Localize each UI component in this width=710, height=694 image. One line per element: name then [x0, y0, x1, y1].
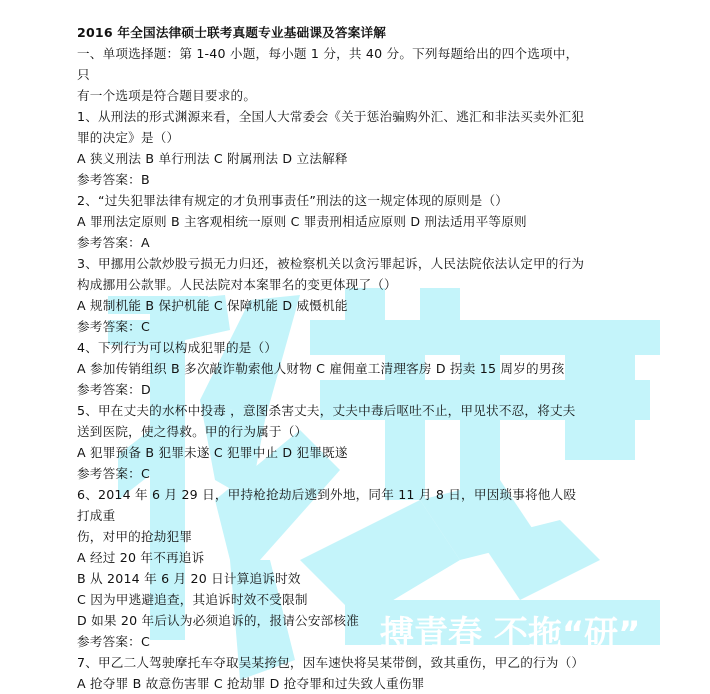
question-3: 3、甲挪用公款炒股亏损无力归还，被检察机关以贪污罪起诉，人民法院依法认定甲的行为	[77, 253, 677, 274]
option-a: A 经过 20 年不再追诉	[77, 547, 677, 568]
answer: 参考答案：C	[77, 463, 677, 484]
options: A 犯罪预备 B 犯罪未遂 C 犯罪中止 D 犯罪既遂	[77, 442, 677, 463]
doc-line: 罪的决定》是（）	[77, 127, 677, 148]
question-7: 7、甲乙二人驾驶摩托车夺取吴某挎包，因车速快将吴某带倒，致其重伤，甲乙的行为（）	[77, 652, 677, 673]
document-body: 2016 年全国法律硕士联考真题专业基础课及答案详解 一、单项选择题：第 1-4…	[77, 22, 677, 694]
question-5: 5、甲在丈夫的水杯中投毒 ，意图杀害丈夫，丈夫中毒后呕吐不止，甲见状不忍，将丈夫	[77, 400, 677, 421]
answer: 参考答案：B	[77, 169, 677, 190]
doc-line: 只	[77, 64, 677, 85]
options: A 抢夺罪 B 故意伤害罪 C 抢劫罪 D 抢夺罪和过失致人重伤罪	[77, 673, 677, 694]
doc-line: 伤，对甲的抢劫犯罪	[77, 526, 677, 547]
question-4: 4、下列行为可以构成犯罪的是（）	[77, 337, 677, 358]
option-d: D 如果 20 年后认为必须追诉的，报请公安部核准	[77, 610, 677, 631]
doc-line: 有一个选项是符合题目要求的。	[77, 85, 677, 106]
doc-line: 构成挪用公款罪。人民法院对本案罪名的变更体现了（）	[77, 274, 677, 295]
doc-line: 一、单项选择题：第 1-40 小题，每小题 1 分，共 40 分。下列每题给出的…	[77, 43, 677, 64]
options: A 参加传销组织 B 多次敲诈勒索他人财物 C 雇佣童工清理客房 D 拐卖 15…	[77, 358, 677, 379]
document-title: 2016 年全国法律硕士联考真题专业基础课及答案详解	[77, 22, 677, 43]
option-c: C 因为甲逃避追查，其追诉时效不受限制	[77, 589, 677, 610]
question-2: 2、“过失犯罪法律有规定的才负刑事责任”刑法的这一规定体现的原则是（）	[77, 190, 677, 211]
question-1: 1、从刑法的形式渊源来看，全国人大常委会《关于惩治骗购外汇、逃汇和非法买卖外汇犯	[77, 106, 677, 127]
options: A 规制机能 B 保护机能 C 保障机能 D 威慑机能	[77, 295, 677, 316]
doc-line: 送到医院，使之得救。甲的行为属于（）	[77, 421, 677, 442]
answer: 参考答案：D	[77, 379, 677, 400]
options: A 罪刑法定原则 B 主客观相统一原则 C 罪责刑相适应原则 D 刑法适用平等原…	[77, 211, 677, 232]
answer: 参考答案：C	[77, 631, 677, 652]
answer: 参考答案：C	[77, 316, 677, 337]
doc-line: 打成重	[77, 505, 677, 526]
question-6: 6、2014 年 6 月 29 日，甲持枪抢劫后逃到外地，同年 11 月 8 日…	[77, 484, 677, 505]
option-b: B 从 2014 年 6 月 20 日计算追诉时效	[77, 568, 677, 589]
options: A 狭义刑法 B 单行刑法 C 附属刑法 D 立法解释	[77, 148, 677, 169]
answer: 参考答案：A	[77, 232, 677, 253]
